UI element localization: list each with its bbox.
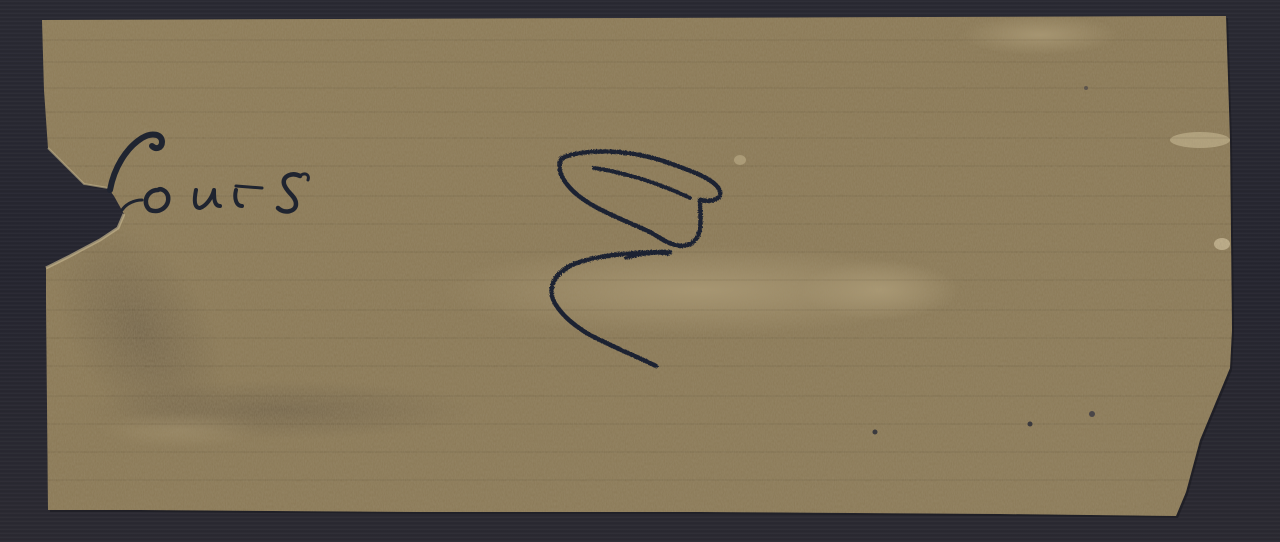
paper-sheet (0, 0, 1280, 542)
paper-artwork (0, 0, 1280, 542)
photograph-scene: Louis 8 (0, 0, 1280, 542)
